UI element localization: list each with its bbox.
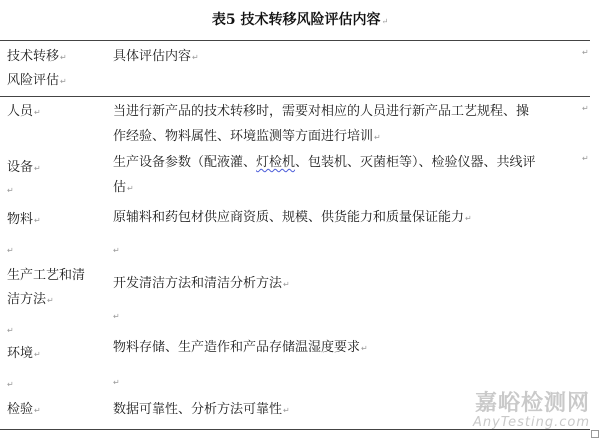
row-category-testing: 检验↵ <box>7 397 41 423</box>
watermark-en: AnyTesting.com <box>473 416 590 430</box>
table-top-rule <box>0 40 590 41</box>
row-content-equipment-line2: 估↵ <box>113 175 134 201</box>
empty-paragraph-mark: ↵ <box>7 246 14 255</box>
row-content-equipment-line1: 生产设备参数（配液灌、灯检机、包装机、灭菌柜等）、检验仪器、共线评 <box>113 150 536 175</box>
row-category-process-line2: 洁方法↵ <box>7 287 54 313</box>
header-col1-line2: 风险评估↵ <box>7 68 67 94</box>
spellcheck-underlined-term: 灯检机 <box>256 155 295 170</box>
row-category-materials: 物料↵ <box>7 207 41 233</box>
watermark: 嘉峪检测网 AnyTesting.com <box>473 392 590 430</box>
row-category-equipment: 设备↵ <box>7 155 41 181</box>
header-col1-line1: 技术转移↵ <box>7 44 67 70</box>
row-category-environment: 环境↵ <box>7 341 41 367</box>
row-content-environment: 物料存储、生产造作和产品存储温湿度要求↵ <box>113 335 368 361</box>
row-content-process: 开发清洁方法和清洁分析方法↵ <box>113 271 290 297</box>
header-separator-rule <box>0 96 590 97</box>
watermark-cn: 嘉峪检测网 <box>473 392 590 416</box>
header-col2: 具体评估内容↵ <box>113 44 199 70</box>
empty-paragraph-mark: ↵ <box>7 186 14 195</box>
row-content-materials: 原辅料和药包材供应商资质、规模、供货能力和质量保证能力↵ <box>113 205 472 231</box>
empty-paragraph-mark: ↵ <box>113 246 120 255</box>
row-category-personnel: 人员↵ <box>7 99 41 125</box>
row-content-testing: 数据可靠性、分析方法可靠性↵ <box>113 397 290 423</box>
row-content-personnel-line2: 作经验、物料属性、环境监测等方面进行培训↵ <box>113 124 381 150</box>
table-resize-handle[interactable] <box>591 430 599 438</box>
row-end-mark: ↵ <box>582 104 589 113</box>
row-category-process-line1: 生产工艺和清 <box>7 263 85 288</box>
empty-paragraph-mark: ↵ <box>113 312 120 321</box>
empty-paragraph-mark: ↵ <box>113 378 120 387</box>
empty-paragraph-mark: ↵ <box>7 380 14 389</box>
row-end-mark: ↵ <box>582 48 589 57</box>
table-title: 表5 技术转移风险评估内容↵ <box>0 9 600 29</box>
row-end-mark: ↵ <box>582 154 589 163</box>
row-content-personnel-line1: 当进行新产品的技术转移时，需要对相应的人员进行新产品工艺规程、操 <box>113 99 529 124</box>
empty-paragraph-mark: ↵ <box>7 326 14 335</box>
